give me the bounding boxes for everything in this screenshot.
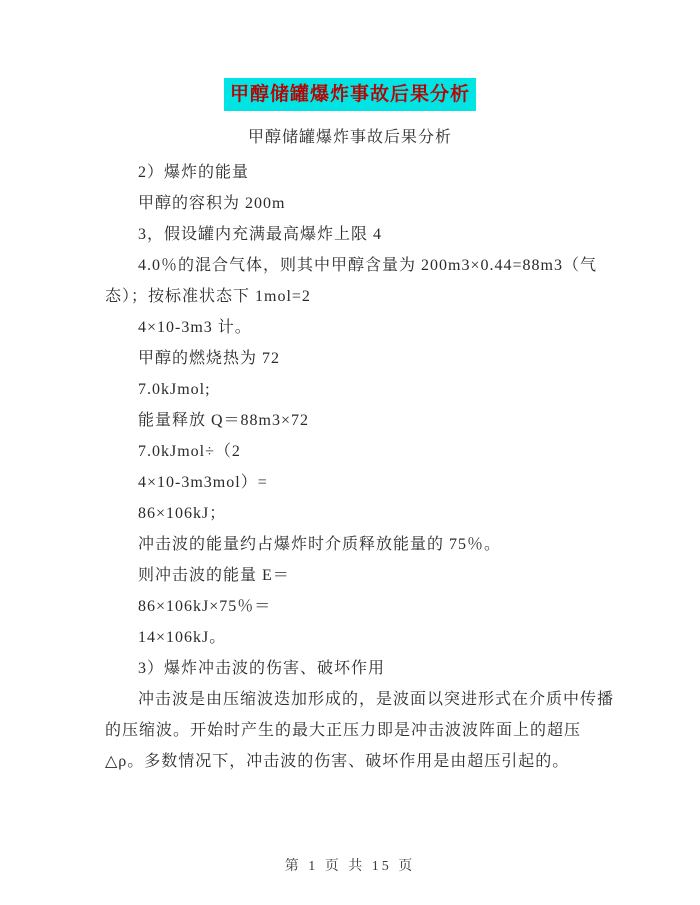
body-line: 能量释放 Q＝88m3×72 — [105, 405, 595, 436]
page-number-footer: 第 1 页 共 15 页 — [0, 855, 700, 875]
body-line: △ρ。多数情况下，冲击波的伤害、破坏作用是由超压引起的。 — [105, 746, 595, 777]
body-line: 86×106kJ×75％＝ — [105, 591, 595, 622]
body-line: 则冲击波的能量 E＝ — [105, 560, 595, 591]
document-body: 2）爆炸的能量甲醇的容积为 200m3，假设罐内充满最高爆炸上限 44.0％的混… — [105, 157, 595, 777]
body-line: 4×10-3m3 计。 — [105, 312, 595, 343]
body-line: 86×106kJ； — [105, 498, 595, 529]
document-page: 甲醇储罐爆炸事故后果分析 甲醇储罐爆炸事故后果分析 2）爆炸的能量甲醇的容积为 … — [0, 0, 700, 905]
body-line: 2）爆炸的能量 — [105, 157, 595, 188]
body-line: 7.0kJmol÷（2 — [105, 436, 595, 467]
body-line: 3，假设罐内充满最高爆炸上限 4 — [105, 219, 595, 250]
body-line: 3）爆炸冲击波的伤害、破坏作用 — [105, 653, 595, 684]
body-line: 4.0％的混合气体，则其中甲醇含量为 200m3×0.44=88m3（气 — [105, 250, 595, 281]
body-line: 4×10-3m3mol）= — [105, 467, 595, 498]
document-title: 甲醇储罐爆炸事故后果分析 — [224, 78, 476, 111]
body-line: 7.0kJmol; — [105, 374, 595, 405]
body-line: 冲击波的能量约占爆炸时介质释放能量的 75％。 — [105, 529, 595, 560]
document-subtitle: 甲醇储罐爆炸事故后果分析 — [0, 127, 700, 149]
body-line: 态）；按标准状态下 1mol=2 — [105, 281, 595, 312]
body-line: 冲击波是由压缩波迭加形成的，是波面以突进形式在介质中传播 — [105, 684, 595, 715]
body-line: 甲醇的容积为 200m — [105, 188, 595, 219]
body-line: 14×106kJ。 — [105, 622, 595, 653]
body-line: 的压缩波。开始时产生的最大正压力即是冲击波波阵面上的超压 — [105, 715, 595, 746]
body-line: 甲醇的燃烧热为 72 — [105, 343, 595, 374]
title-row: 甲醇储罐爆炸事故后果分析 — [0, 0, 700, 111]
